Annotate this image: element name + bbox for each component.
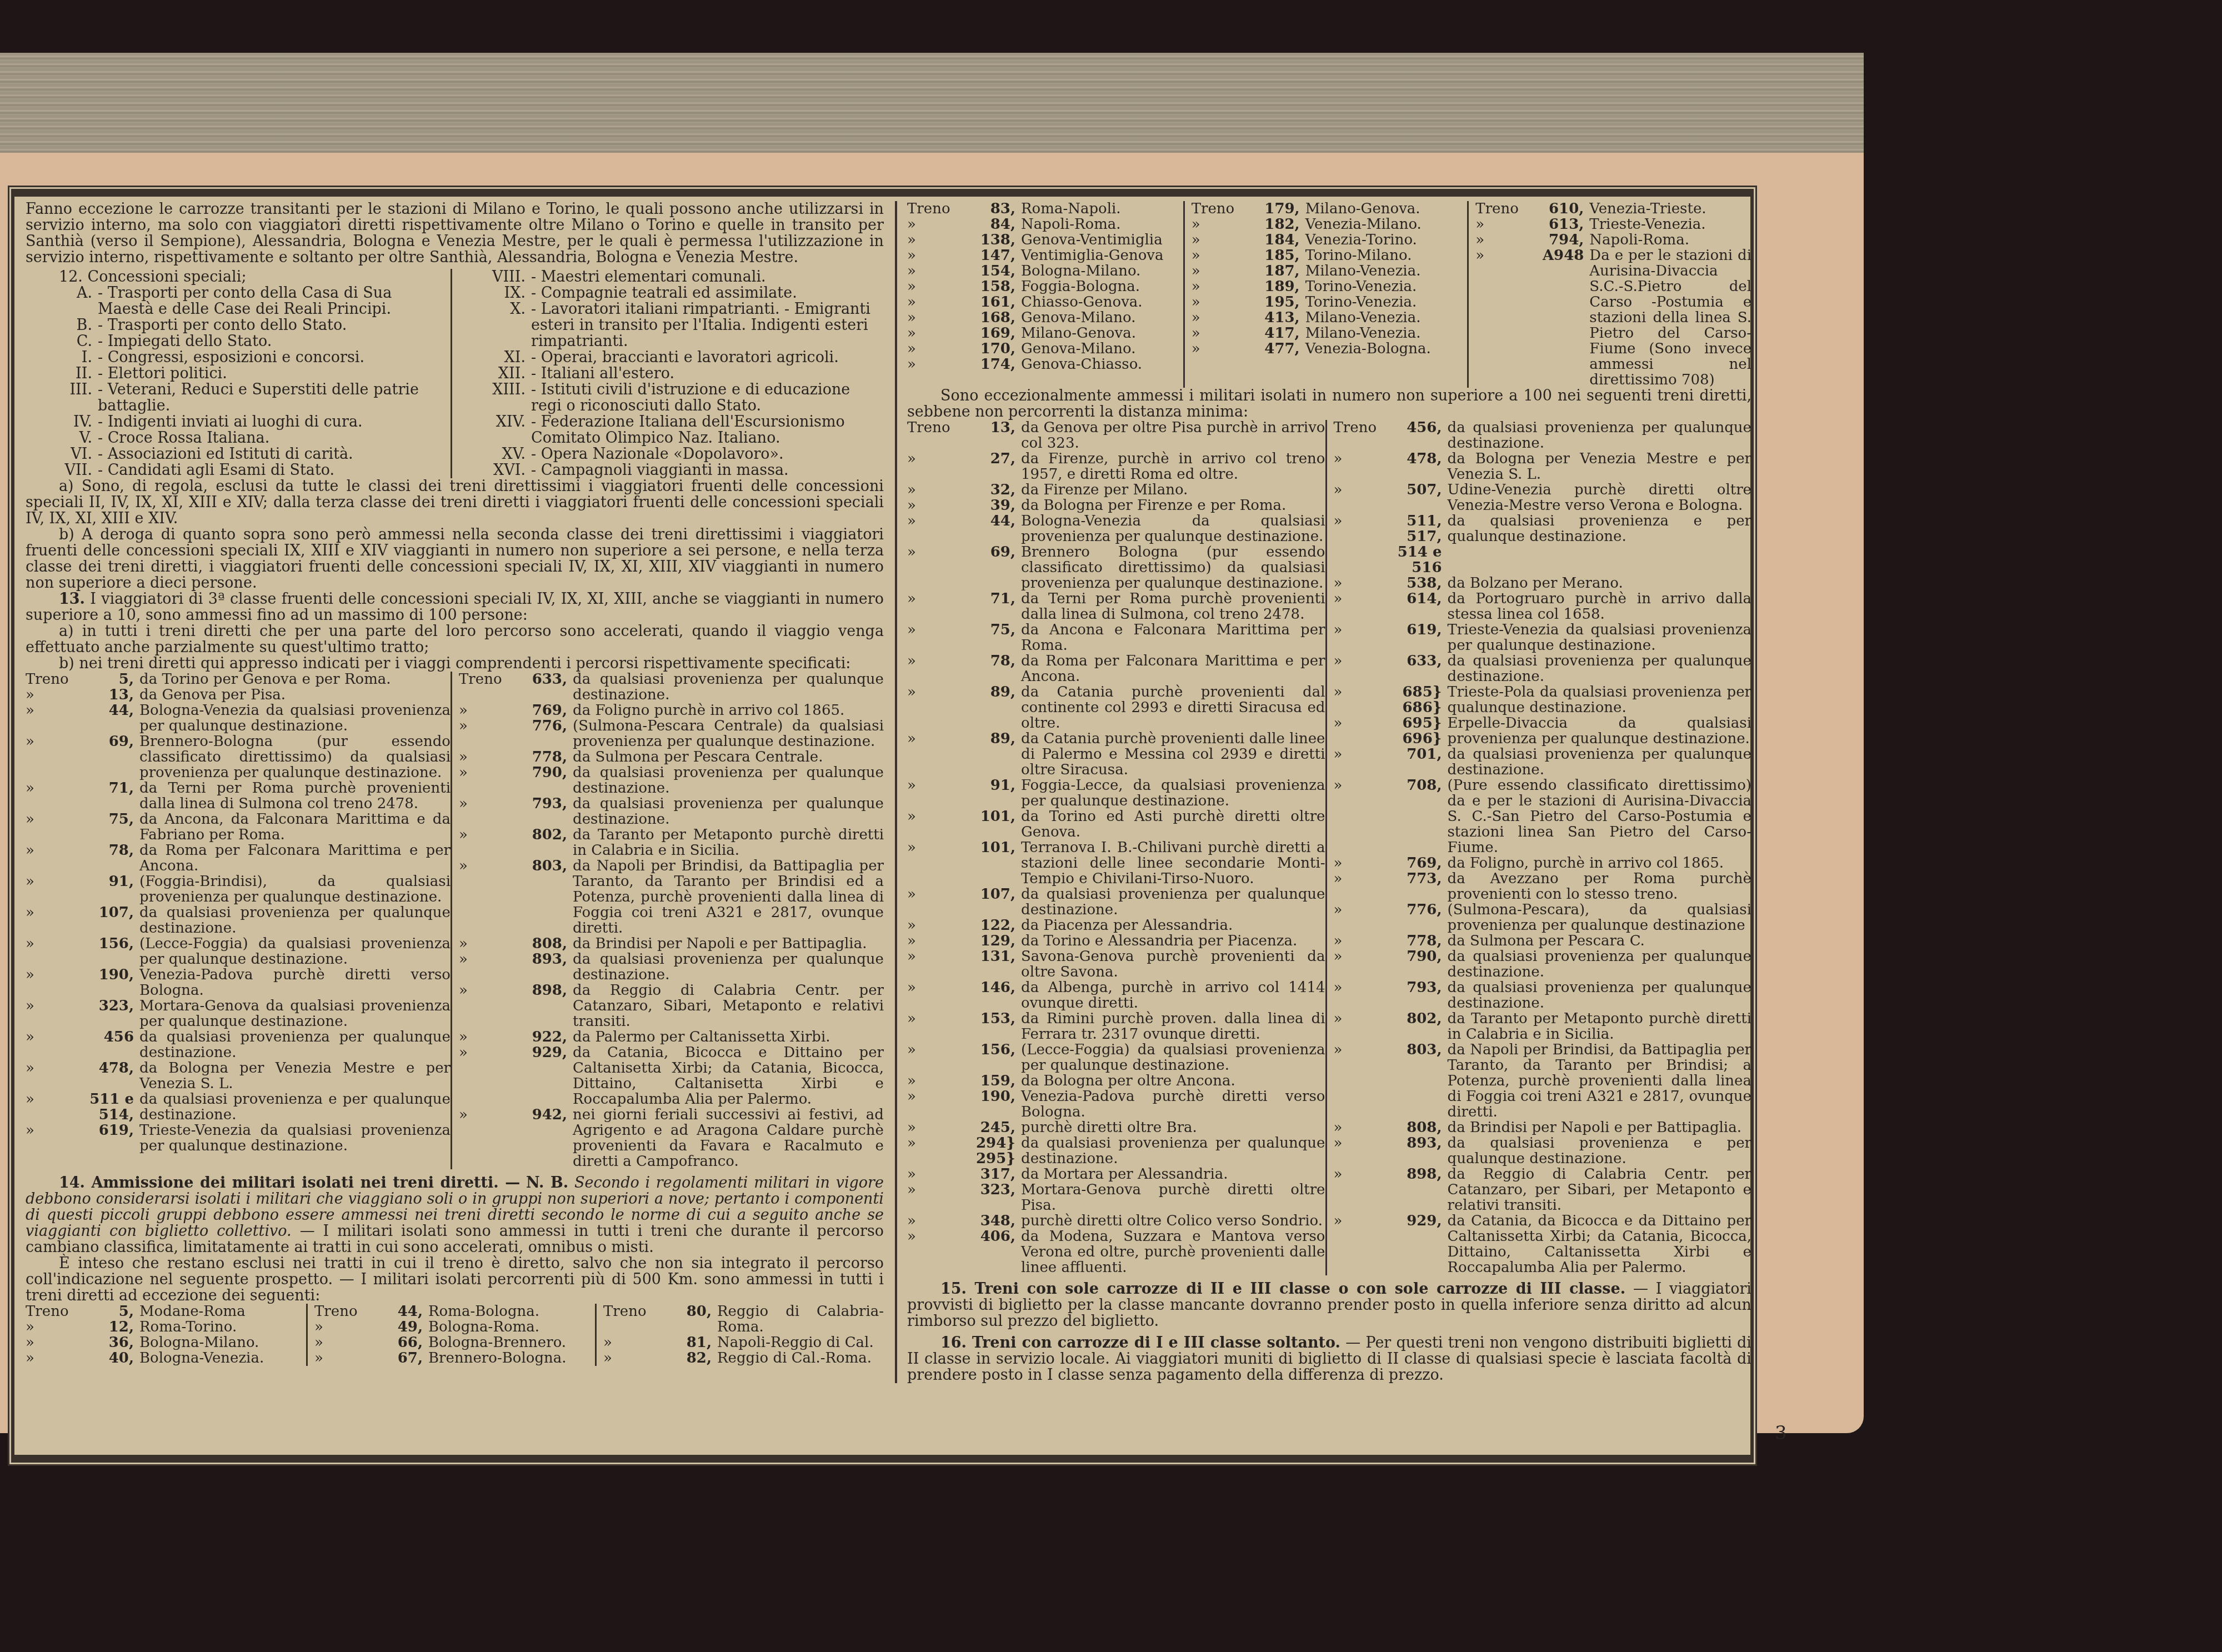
train-description: Torino-Milano. bbox=[1305, 248, 1468, 263]
train-number: 323, bbox=[76, 998, 139, 1029]
train-entry: »803,da Napoli per Brindisi, da Battipag… bbox=[459, 858, 884, 936]
concession-item: XII.- Italiani all'estero. bbox=[459, 366, 884, 382]
train-number: 49, bbox=[364, 1319, 428, 1335]
train-label: » bbox=[26, 843, 76, 874]
train-number: 5, bbox=[76, 672, 139, 687]
train-number: 456, bbox=[1384, 420, 1448, 451]
train-label: » bbox=[459, 703, 509, 718]
section-14: 14. Ammissione dei militari isolati nei … bbox=[26, 1175, 884, 1255]
train-label: Treno bbox=[1192, 201, 1242, 217]
concession-item: C.- Impiegati dello Stato. bbox=[26, 333, 451, 349]
train-description: nei giorni feriali successivi ai festivi… bbox=[573, 1107, 884, 1169]
train-entry: »82,Reggio di Cal.-Roma. bbox=[603, 1350, 884, 1366]
train-entry: »929,da Catania, da Bicocca e da Dittain… bbox=[1334, 1213, 1752, 1275]
concession-text: - Veterani, Reduci e Superstiti delle pa… bbox=[98, 382, 451, 414]
train-entry: »613,Trieste-Venezia. bbox=[1475, 217, 1751, 232]
train-number: 893, bbox=[509, 952, 573, 983]
train-label: » bbox=[1334, 1120, 1384, 1135]
train-label: » bbox=[1334, 902, 1384, 933]
train-entry: »44,Bologna-Venezia da qualsiasi proveni… bbox=[907, 513, 1325, 544]
train-description: da Rimini purchè proven. dalla linea di … bbox=[1021, 1011, 1325, 1042]
train-number: 13, bbox=[76, 687, 139, 703]
concession-key: I. bbox=[26, 349, 98, 366]
train-description: Bologna-Milano. bbox=[139, 1335, 306, 1350]
concession-key: IV. bbox=[26, 414, 98, 430]
train-number: 40, bbox=[76, 1350, 139, 1366]
exceptions-col-1: Treno5,Modane-Roma»12,Roma-Torino.»36,Bo… bbox=[26, 1304, 306, 1366]
train-label: » bbox=[907, 809, 957, 840]
train-label: » bbox=[459, 858, 509, 936]
train-description: (Sulmona-Pescara), da qualsiasi provenie… bbox=[1448, 902, 1752, 933]
concession-text: - Opera Nazionale «Dopolavoro». bbox=[531, 446, 884, 462]
train-entry: »793,da qualsiasi provenienza per qualun… bbox=[1334, 980, 1752, 1011]
train-description: Genova-Milano. bbox=[1021, 341, 1183, 357]
train-number: 153, bbox=[957, 1011, 1021, 1042]
train-description: da qualsiasi provenienza per qualunque d… bbox=[573, 952, 884, 983]
train-number: 13, bbox=[957, 420, 1021, 451]
train-entry: »75,da Ancona e Falconara Marittima per … bbox=[907, 622, 1325, 653]
concession-text: - Croce Rossa Italiana. bbox=[98, 430, 451, 446]
train-entry: »478,da Bologna per Venezia Mestre e per… bbox=[1334, 451, 1752, 482]
train-entry: »67,Brennero-Bologna. bbox=[314, 1350, 595, 1366]
train-entry: »195,Torino-Venezia. bbox=[1192, 294, 1468, 310]
train-entry: »685} 686}Trieste-Pola da qualsiasi prov… bbox=[1334, 684, 1752, 715]
military-trains-right: Treno456,da qualsiasi provenienza per qu… bbox=[1325, 420, 1752, 1275]
concession-text: - Compagnie teatrali ed assimilate. bbox=[531, 285, 884, 301]
train-entry: »189,Torino-Venezia. bbox=[1192, 279, 1468, 294]
train-description: Foggia-Bologna. bbox=[1021, 279, 1183, 294]
train-number: 80, bbox=[653, 1304, 717, 1335]
train-label: » bbox=[1334, 513, 1384, 575]
train-description: Torino-Venezia. bbox=[1305, 294, 1468, 310]
train-number: 942, bbox=[509, 1107, 573, 1169]
train-description: da Firenze per Milano. bbox=[1021, 482, 1325, 498]
train-description: Udine-Venezia purchè diretti oltre Venez… bbox=[1448, 482, 1752, 513]
train-number: 773, bbox=[1384, 871, 1448, 902]
section-15-title: 15. Treni con sole carrozze di II e III … bbox=[940, 1280, 1625, 1298]
military-trains-left: Treno13,da Genova per oltre Pisa purchè … bbox=[907, 420, 1325, 1275]
train-label: » bbox=[907, 1182, 957, 1213]
train-description: da Foligno, purchè in arrivo col 1865. bbox=[1448, 855, 1752, 871]
train-label: » bbox=[26, 1335, 76, 1350]
train-entry: »161,Chiasso-Genova. bbox=[907, 294, 1183, 310]
concession-item: VIII.- Maestri elementari comunali. bbox=[459, 269, 884, 285]
train-description: da Sulmona per Pescara Centrale. bbox=[573, 749, 884, 765]
train-entry: »78,da Roma per Falconara Marittima e pe… bbox=[26, 843, 451, 874]
train-number: 511, 517, 514 e 516 bbox=[1384, 513, 1448, 575]
train-label: » bbox=[1334, 451, 1384, 482]
train-label: » bbox=[907, 217, 957, 232]
train-description: Milano-Genova. bbox=[1021, 326, 1183, 341]
train-entry: »101,Terranova I. B.-Chilivani purchè di… bbox=[907, 840, 1325, 887]
train-label: Treno bbox=[314, 1304, 364, 1319]
exceptions-col-2: Treno44,Roma-Bologna.»49,Bologna-Roma.»6… bbox=[306, 1304, 595, 1366]
train-number: 790, bbox=[509, 765, 573, 796]
train-description: Mortara-Genova da qualsiasi provenienza … bbox=[139, 998, 451, 1029]
train-number: 477, bbox=[1242, 341, 1305, 357]
train-label: » bbox=[1192, 263, 1242, 279]
train-entry: »478,da Bologna per Venezia Mestre e per… bbox=[26, 1060, 451, 1092]
train-entry: »174,Genova-Chiasso. bbox=[907, 357, 1183, 372]
train-label: » bbox=[459, 1107, 509, 1169]
train-number: 701, bbox=[1384, 747, 1448, 778]
note-a: a) Sono, di regola, esclusi da tutte le … bbox=[26, 478, 884, 527]
train-entry: »898,da Reggio di Calabria Centr. per Ca… bbox=[459, 983, 884, 1029]
train-number: 185, bbox=[1242, 248, 1305, 263]
concession-key: B. bbox=[26, 317, 98, 333]
train-number: 538, bbox=[1384, 575, 1448, 591]
train-description: Napoli-Roma. bbox=[1589, 232, 1751, 248]
train-number: 66, bbox=[364, 1335, 428, 1350]
train-number: 614, bbox=[1384, 591, 1448, 622]
train-label: » bbox=[907, 622, 957, 653]
train-entry: »170,Genova-Milano. bbox=[907, 341, 1183, 357]
concession-key: XIV. bbox=[459, 414, 531, 446]
train-label: » bbox=[907, 1229, 957, 1275]
train-entry: Treno179,Milano-Genova. bbox=[1192, 201, 1468, 217]
train-description: Venezia-Torino. bbox=[1305, 232, 1468, 248]
section-13-title: 13. bbox=[59, 590, 85, 608]
train-label: » bbox=[459, 718, 509, 749]
train-entry: »511 e 514,da qualsiasi provenienza e pe… bbox=[26, 1092, 451, 1123]
train-label: » bbox=[907, 310, 957, 326]
section-14-text2: È inteso che restano esclusi nei tratti … bbox=[26, 1255, 884, 1304]
train-label: » bbox=[1475, 217, 1525, 232]
train-number: 778, bbox=[509, 749, 573, 765]
train-number: 156, bbox=[957, 1042, 1021, 1073]
concession-item: II.- Elettori politici. bbox=[26, 366, 451, 382]
concessions-right: VIII.- Maestri elementari comunali.IX.- … bbox=[451, 269, 884, 478]
train-number: 803, bbox=[1384, 1042, 1448, 1120]
train-description: Torino-Venezia. bbox=[1305, 279, 1468, 294]
exceptions-col-5: Treno179,Milano-Genova.»182,Venezia-Mila… bbox=[1183, 201, 1468, 388]
train-number: 158, bbox=[957, 279, 1021, 294]
train-description: Bologna-Venezia da qualsiasi provenienza… bbox=[139, 703, 451, 734]
concession-text: - Operai, braccianti e lavoratori agrico… bbox=[531, 349, 884, 366]
train-number: 776, bbox=[509, 718, 573, 749]
train-description: da Brindisi per Napoli e per Battipaglia… bbox=[1448, 1120, 1752, 1135]
section-13-trains-right: Treno633,da qualsiasi provenienza per qu… bbox=[451, 672, 884, 1169]
train-entry: »701,da qualsiasi provenienza per qualun… bbox=[1334, 747, 1752, 778]
concession-item: VI.- Associazioni ed Istituti di carità. bbox=[26, 446, 451, 462]
train-label: » bbox=[907, 248, 957, 263]
train-label: » bbox=[26, 1350, 76, 1366]
train-description: da Palermo per Caltanissetta Xirbi. bbox=[573, 1029, 884, 1045]
train-number: 348, bbox=[957, 1213, 1021, 1229]
train-label: » bbox=[459, 749, 509, 765]
concession-text: - Istituti civili d'istruzione e di educ… bbox=[531, 382, 884, 414]
train-number: 189, bbox=[1242, 279, 1305, 294]
train-label: » bbox=[1192, 294, 1242, 310]
train-label: » bbox=[907, 933, 957, 949]
train-label: Treno bbox=[26, 1304, 76, 1319]
train-entry: »245,purchè diretti oltre Bra. bbox=[907, 1120, 1325, 1135]
train-entry: »803,da Napoli per Brindisi, da Battipag… bbox=[1334, 1042, 1752, 1120]
concession-key: VIII. bbox=[459, 269, 531, 285]
train-description: da qualsiasi provenienza per qualunque d… bbox=[139, 1029, 451, 1060]
train-label: » bbox=[907, 731, 957, 778]
train-entry: »32,da Firenze per Milano. bbox=[907, 482, 1325, 498]
train-number: 323, bbox=[957, 1182, 1021, 1213]
train-label: Treno bbox=[907, 420, 957, 451]
train-number: 131, bbox=[957, 949, 1021, 980]
train-entry: »154,Bologna-Milano. bbox=[907, 263, 1183, 279]
train-description: da Taranto per Metaponto purchè diretti … bbox=[573, 827, 884, 858]
train-description: da qualsiasi provenienza e per qualunque… bbox=[1448, 1135, 1752, 1167]
train-number: 154, bbox=[957, 263, 1021, 279]
concession-key: XIII. bbox=[459, 382, 531, 414]
left-column: Fanno eccezione le carrozze transitanti … bbox=[26, 201, 884, 1366]
train-number: 417, bbox=[1242, 326, 1305, 341]
train-entry: »89,da Catania purchè provenienti dalle … bbox=[907, 731, 1325, 778]
concession-key: VI. bbox=[26, 446, 98, 462]
train-label: » bbox=[459, 1045, 509, 1107]
concession-item: X.- Lavoratori italiani rimpatrianti. - … bbox=[459, 301, 884, 349]
train-number: 708, bbox=[1384, 778, 1448, 855]
train-label: » bbox=[26, 874, 76, 905]
train-description: Genova-Chiasso. bbox=[1021, 357, 1183, 372]
train-description: da Terni per Roma purchè provenienti dal… bbox=[139, 780, 451, 812]
train-label: » bbox=[907, 591, 957, 622]
train-entry: Treno5,Modane-Roma bbox=[26, 1304, 306, 1319]
concessions-table: 12. Concessioni speciali; A.- Trasporti … bbox=[26, 269, 884, 478]
concession-text: - Candidati agli Esami di Stato. bbox=[98, 462, 451, 478]
train-entry: »808,da Brindisi per Napoli e per Battip… bbox=[459, 936, 884, 952]
train-number: 808, bbox=[509, 936, 573, 952]
train-entry: »406,da Modena, Suzzara e Mantova verso … bbox=[907, 1229, 1325, 1275]
train-number: 613, bbox=[1525, 217, 1589, 232]
concession-text: - Trasporti per conto della Casa di Sua … bbox=[98, 285, 451, 317]
train-description: Da e per le stazioni di Aurisina-Divacci… bbox=[1589, 248, 1751, 388]
train-label: » bbox=[907, 482, 957, 498]
train-label: » bbox=[1334, 1011, 1384, 1042]
train-description: da qualsiasi provenienza e per qualunque… bbox=[1448, 513, 1752, 575]
train-label: » bbox=[1334, 1135, 1384, 1167]
train-description: da qualsiasi provenienza per qualunque d… bbox=[1448, 420, 1752, 451]
concession-text: - Trasporti per conto dello Stato. bbox=[98, 317, 451, 333]
train-description: Mortara-Genova purchè diretti oltre Pisa… bbox=[1021, 1182, 1325, 1213]
train-label: » bbox=[1334, 1167, 1384, 1213]
train-number: 174, bbox=[957, 357, 1021, 372]
train-label: » bbox=[1192, 341, 1242, 357]
train-label: » bbox=[1334, 1042, 1384, 1120]
train-description: Reggio di Calabria-Roma. bbox=[717, 1304, 884, 1335]
train-number: 129, bbox=[957, 933, 1021, 949]
exceptions-col-3: Treno80,Reggio di Calabria-Roma.»81,Napo… bbox=[595, 1304, 884, 1366]
train-entry: »776,(Sulmona-Pescara Centrale) da quals… bbox=[459, 718, 884, 749]
train-number: 633, bbox=[509, 672, 573, 703]
train-entry: »71,da Terni per Roma purchè provenienti… bbox=[26, 780, 451, 812]
train-entry: »708,(Pure essendo classificato direttis… bbox=[1334, 778, 1752, 855]
train-label: » bbox=[907, 1011, 957, 1042]
train-description: da qualsiasi provenienza per qualunque d… bbox=[573, 672, 884, 703]
train-number: 44, bbox=[364, 1304, 428, 1319]
train-entry: »323,Mortara-Genova purchè diretti oltre… bbox=[907, 1182, 1325, 1213]
train-description: da Taranto per Metaponto purchè diretti … bbox=[1448, 1011, 1752, 1042]
train-number: 456 bbox=[76, 1029, 139, 1060]
train-description: da Torino per Genova e per Roma. bbox=[139, 672, 451, 687]
train-number: A948 bbox=[1525, 248, 1589, 388]
train-number: 619, bbox=[1384, 622, 1448, 653]
train-number: 794, bbox=[1525, 232, 1589, 248]
train-description: da Avezzano per Roma purchè provenienti … bbox=[1448, 871, 1752, 902]
train-description: da Bologna per Venezia Mestre e per Vene… bbox=[1448, 451, 1752, 482]
train-description: da Napoli per Brindisi, da Battipaglia p… bbox=[573, 858, 884, 936]
train-description: purchè diretti oltre Colico verso Sondri… bbox=[1021, 1213, 1325, 1229]
train-description: Bologna-Venezia da qualsiasi provenienza… bbox=[1021, 513, 1325, 544]
train-label: » bbox=[26, 1092, 76, 1123]
train-entry: »91,Foggia-Lecce, da qualsiasi provenien… bbox=[907, 778, 1325, 809]
concession-item: B.- Trasporti per conto dello Stato. bbox=[26, 317, 451, 333]
train-entry: »138,Genova-Ventimiglia bbox=[907, 232, 1183, 248]
concession-key: V. bbox=[26, 430, 98, 446]
train-label: » bbox=[26, 687, 76, 703]
train-entry: »146,da Albenga, purchè in arrivo col 14… bbox=[907, 980, 1325, 1011]
train-entry: »190,Venezia-Padova purchè diretti verso… bbox=[907, 1089, 1325, 1120]
train-label: » bbox=[26, 1060, 76, 1092]
concessions-left: 12. Concessioni speciali; A.- Trasporti … bbox=[26, 269, 451, 478]
concession-key: II. bbox=[26, 366, 98, 382]
train-number: 511 e 514, bbox=[76, 1092, 139, 1123]
train-label: » bbox=[26, 703, 76, 734]
train-number: 44, bbox=[957, 513, 1021, 544]
concession-text: - Italiani all'estero. bbox=[531, 366, 884, 382]
train-number: 245, bbox=[957, 1120, 1021, 1135]
train-entry: »893,da qualsiasi provenienza per qualun… bbox=[459, 952, 884, 983]
train-number: 406, bbox=[957, 1229, 1021, 1275]
train-entry: »75,da Ancona, da Falconara Marittima e … bbox=[26, 812, 451, 843]
train-label: » bbox=[26, 1319, 76, 1335]
train-number: 32, bbox=[957, 482, 1021, 498]
train-description: Chiasso-Genova. bbox=[1021, 294, 1183, 310]
concession-item: XVI.- Campagnoli viaggianti in massa. bbox=[459, 462, 884, 478]
train-number: 36, bbox=[76, 1335, 139, 1350]
train-entry: »790,da qualsiasi provenienza per qualun… bbox=[1334, 949, 1752, 980]
train-number: 89, bbox=[957, 684, 1021, 731]
train-description: da Terni per Roma purchè provenienti dal… bbox=[1021, 591, 1325, 622]
train-label: » bbox=[907, 1120, 957, 1135]
concession-text: - Lavoratori italiani rimpatrianti. - Em… bbox=[531, 301, 884, 349]
train-description: da Reggio di Calabria Centr. per Catanza… bbox=[573, 983, 884, 1029]
train-description: Trieste-Venezia da qualsiasi provenienza… bbox=[1448, 622, 1752, 653]
train-label: » bbox=[907, 341, 957, 357]
train-label: » bbox=[907, 1073, 957, 1089]
train-description: da Catania, da Bicocca e da Dittaino per… bbox=[1448, 1213, 1752, 1275]
train-number: 802, bbox=[1384, 1011, 1448, 1042]
train-description: purchè diretti oltre Bra. bbox=[1021, 1120, 1325, 1135]
train-label: » bbox=[459, 952, 509, 983]
train-label: » bbox=[907, 1167, 957, 1182]
train-description: da Catania purchè provenienti dal contin… bbox=[1021, 684, 1325, 731]
train-label: » bbox=[603, 1335, 653, 1350]
military-admitted-trains: Treno13,da Genova per oltre Pisa purchè … bbox=[907, 420, 1751, 1275]
train-number: 44, bbox=[76, 703, 139, 734]
train-entry: »81,Napoli-Reggio di Cal. bbox=[603, 1335, 884, 1350]
train-entry: »27,da Firenze, purchè in arrivo col tre… bbox=[907, 451, 1325, 482]
train-entry: »39,da Bologna per Firenze e per Roma. bbox=[907, 498, 1325, 513]
train-entry: »417,Milano-Venezia. bbox=[1192, 326, 1468, 341]
print-frame: Fanno eccezione le carrozze transitanti … bbox=[11, 189, 1754, 1463]
train-entry: »619,Trieste-Venezia da qualsiasi proven… bbox=[1334, 622, 1752, 653]
train-entry: »456da qualsiasi provenienza per qualunq… bbox=[26, 1029, 451, 1060]
train-entry: »66,Bologna-Brennero. bbox=[314, 1335, 595, 1350]
train-number: 922, bbox=[509, 1029, 573, 1045]
page-edges bbox=[0, 53, 1864, 153]
train-number: 413, bbox=[1242, 310, 1305, 326]
train-number: 69, bbox=[957, 544, 1021, 591]
train-description: da Reggio di Calabria Centr. per Catanza… bbox=[1448, 1167, 1752, 1213]
train-description: (Foggia-Brindisi), da qualsiasi provenie… bbox=[139, 874, 451, 905]
train-description: Foggia-Lecce, da qualsiasi provenienza p… bbox=[1021, 778, 1325, 809]
train-label: » bbox=[907, 778, 957, 809]
train-label: » bbox=[907, 326, 957, 341]
train-description: Genova-Ventimiglia bbox=[1021, 232, 1183, 248]
concession-item: XIII.- Istituti civili d'istruzione e di… bbox=[459, 382, 884, 414]
train-entry: Treno610,Venezia-Trieste. bbox=[1475, 201, 1751, 217]
section-13-b: b) nei treni diretti qui appresso indica… bbox=[26, 655, 884, 672]
train-label: » bbox=[26, 1029, 76, 1060]
concession-item: XI.- Operai, braccianti e lavoratori agr… bbox=[459, 349, 884, 366]
train-label: » bbox=[1192, 248, 1242, 263]
train-description: Milano-Genova. bbox=[1305, 201, 1468, 217]
train-number: 161, bbox=[957, 294, 1021, 310]
train-label: » bbox=[1334, 482, 1384, 513]
train-entry: »808,da Brindisi per Napoli e per Battip… bbox=[1334, 1120, 1752, 1135]
train-description: da Piacenza per Alessandria. bbox=[1021, 918, 1325, 933]
train-number: 695} 696} bbox=[1384, 715, 1448, 747]
train-description: Trieste-Pola da qualsiasi provenienza pe… bbox=[1448, 684, 1752, 715]
concession-key: A. bbox=[26, 285, 98, 317]
train-description: Genova-Milano. bbox=[1021, 310, 1183, 326]
train-entry: »158,Foggia-Bologna. bbox=[907, 279, 1183, 294]
train-label: » bbox=[26, 905, 76, 936]
train-entry: »893,da qualsiasi provenienza e per qual… bbox=[1334, 1135, 1752, 1167]
train-number: 898, bbox=[509, 983, 573, 1029]
train-entry: »898,da Reggio di Calabria Centr. per Ca… bbox=[1334, 1167, 1752, 1213]
train-number: 507, bbox=[1384, 482, 1448, 513]
train-entry: »538,da Bolzano per Merano. bbox=[1334, 575, 1752, 591]
train-description: da Brindisi per Napoli e per Battipaglia… bbox=[573, 936, 884, 952]
train-entry: »511, 517, 514 e 516da qualsiasi proveni… bbox=[1334, 513, 1752, 575]
right-column: Treno83,Roma-Napoli.»84,Napoli-Roma.»138… bbox=[895, 201, 1751, 1383]
train-label: » bbox=[1475, 232, 1525, 248]
train-label: » bbox=[1334, 684, 1384, 715]
nb-label: N. B. bbox=[526, 1174, 568, 1192]
train-description: Napoli-Reggio di Cal. bbox=[717, 1335, 884, 1350]
train-description: da Sulmona per Pescara C. bbox=[1448, 933, 1752, 949]
section-15: 15. Treni con sole carrozze di II e III … bbox=[907, 1281, 1751, 1329]
train-entry: »13,da Genova per Pisa. bbox=[26, 687, 451, 703]
train-description: da Roma per Falconara Marittima e per An… bbox=[1021, 653, 1325, 684]
train-number: 893, bbox=[1384, 1135, 1448, 1167]
military-intro: Sono eccezionalmente ammessi i militari … bbox=[907, 388, 1751, 420]
train-description: Venezia-Milano. bbox=[1305, 217, 1468, 232]
train-label: » bbox=[1334, 1213, 1384, 1275]
concession-text: - Maestri elementari comunali. bbox=[531, 269, 884, 285]
train-number: 75, bbox=[957, 622, 1021, 653]
train-entry: »790,da qualsiasi provenienza per qualun… bbox=[459, 765, 884, 796]
train-description: da Torino ed Asti purchè diretti oltre G… bbox=[1021, 809, 1325, 840]
train-entry: »156,(Lecce-Foggia) da qualsiasi proveni… bbox=[26, 936, 451, 967]
train-entry: »168,Genova-Milano. bbox=[907, 310, 1183, 326]
train-entry: »36,Bologna-Milano. bbox=[26, 1335, 306, 1350]
train-description: (Sulmona-Pescara Centrale) da qualsiasi … bbox=[573, 718, 884, 749]
train-label: » bbox=[1334, 933, 1384, 949]
train-label: » bbox=[1192, 279, 1242, 294]
train-entry: »89,da Catania purchè provenienti dal co… bbox=[907, 684, 1325, 731]
train-entry: »185,Torino-Milano. bbox=[1192, 248, 1468, 263]
train-label: » bbox=[1334, 980, 1384, 1011]
